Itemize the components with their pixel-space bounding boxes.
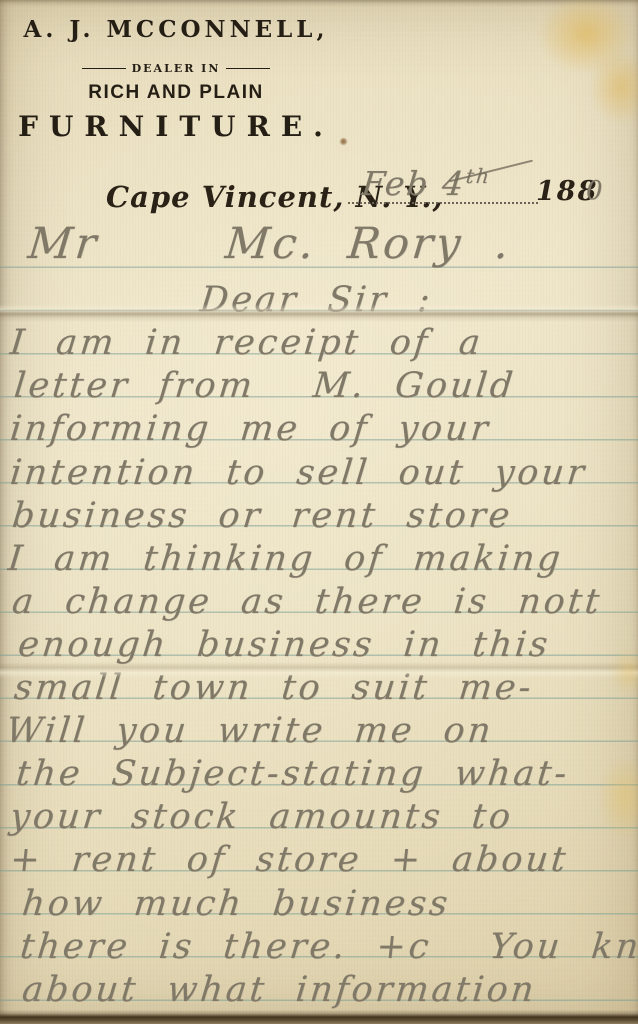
company-name: A. J. MCCONNELL, (0, 16, 352, 43)
letter-scan-page: A. J. MCCONNELL, DEALER IN RICH AND PLAI… (0, 0, 638, 1024)
body-line: Will you write me on (4, 709, 496, 753)
dealer-in-row: DEALER IN (0, 62, 352, 75)
body-line: how much business (20, 882, 453, 926)
stain-top-right (538, 0, 634, 74)
body-line: letter from M. Gould (12, 364, 518, 408)
body-line: enough business in this (16, 623, 553, 667)
handwritten-year-digit: 0 (586, 176, 603, 206)
body-line: a change as there is nott (10, 580, 604, 624)
handwritten-date: Feb 4th (360, 164, 492, 203)
ink-fleck (340, 138, 347, 145)
body-line: about what information (20, 968, 539, 1012)
page-bottom-edge (0, 1010, 638, 1024)
body-line: I am thinking of making (6, 537, 565, 581)
dash-rule-left (82, 68, 126, 69)
fold-crease-upper (0, 304, 638, 322)
stain-right-upper (590, 50, 638, 124)
dealer-in-label: DEALER IN (132, 62, 221, 75)
recipient-line: Mr Mc. Rory . (26, 222, 514, 266)
dash-rule-right (226, 68, 270, 69)
stain-right-lower (598, 756, 638, 840)
body-line: + rent of store + about (8, 838, 570, 882)
body-line: the Subject-stating what- (14, 752, 572, 796)
product-line: FURNITURE. (0, 110, 352, 143)
body-line: your stock amounts to (8, 795, 515, 839)
tagline: RICH AND PLAIN (0, 82, 352, 104)
fold-crease-lower (0, 662, 638, 678)
body-line: I am in receipt of a (8, 321, 485, 365)
body-line: business or rent store (10, 494, 515, 538)
body-line: informing me of your (8, 407, 493, 451)
date-text: Feb 4 (360, 164, 467, 203)
body-line: intention to sell out your (8, 451, 589, 495)
body-line: there is there. +c You know (18, 925, 638, 969)
